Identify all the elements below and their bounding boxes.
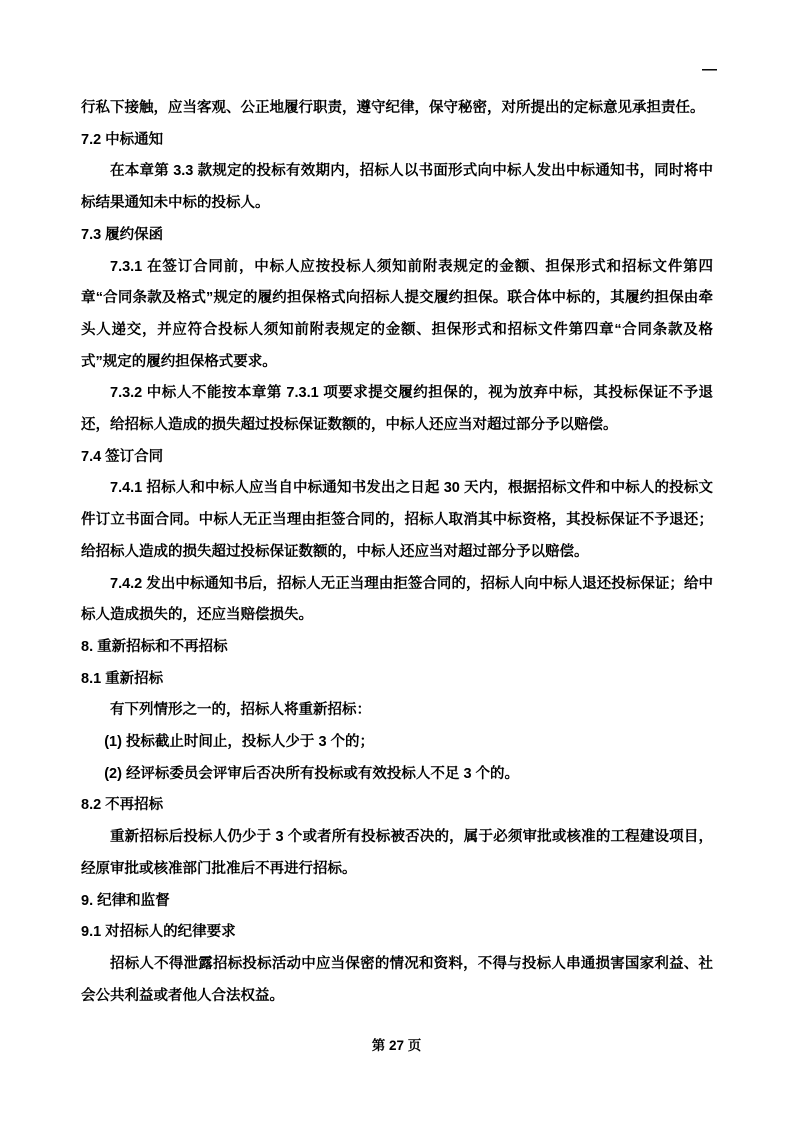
body-line-continuation: 行私下接触，应当客观、公正地履行职责，遵守纪律，保守秘密，对所提出的定标意见承担… bbox=[81, 93, 713, 125]
document-page: — 行私下接触，应当客观、公正地履行职责，遵守纪律，保守秘密，对所提出的定标意见… bbox=[0, 0, 793, 1121]
page-number: 第 27 页 bbox=[0, 1035, 793, 1057]
para-7-3-2: 7.3.2 中标人不能按本章第 7.3.1 项要求提交履约担保的，视为放弃中标，… bbox=[81, 378, 713, 441]
para-8-2-body: 重新招标后投标人仍少于 3 个或者所有投标被否决的，属于必须审批或核准的工程建设… bbox=[81, 822, 713, 885]
document-body: 行私下接触，应当客观、公正地履行职责，遵守纪律，保守秘密，对所提出的定标意见承担… bbox=[81, 93, 713, 1012]
list-item-1: (1) 投标截止时间止，投标人少于 3 个的； bbox=[81, 727, 713, 759]
para-8-1-intro: 有下列情形之一的，招标人将重新招标： bbox=[81, 695, 713, 727]
corner-dash-mark: — bbox=[702, 60, 717, 80]
para-7-3-1: 7.3.1 在签订合同前，中标人应按投标人须知前附表规定的金额、担保形式和招标文… bbox=[81, 252, 713, 379]
heading-9: 9. 纪律和监督 bbox=[81, 886, 713, 918]
para-7-4-2: 7.4.2 发出中标通知书后，招标人无正当理由拒签合同的，招标人向中标人退还投标… bbox=[81, 569, 713, 632]
heading-8-2: 8.2 不再招标 bbox=[81, 790, 713, 822]
para-7-2-body: 在本章第 3.3 款规定的投标有效期内，招标人以书面形式向中标人发出中标通知书，… bbox=[81, 156, 713, 219]
heading-7-2: 7.2 中标通知 bbox=[81, 125, 713, 157]
heading-8-1: 8.1 重新招标 bbox=[81, 664, 713, 696]
list-item-2: (2) 经评标委员会评审后否决所有投标或有效投标人不足 3 个的。 bbox=[81, 759, 713, 791]
para-9-1-body: 招标人不得泄露招标投标活动中应当保密的情况和资料，不得与投标人串通损害国家利益、… bbox=[81, 949, 713, 1012]
heading-8: 8. 重新招标和不再招标 bbox=[81, 632, 713, 664]
heading-7-3: 7.3 履约保函 bbox=[81, 220, 713, 252]
heading-9-1: 9.1 对招标人的纪律要求 bbox=[81, 917, 713, 949]
para-7-4-1: 7.4.1 招标人和中标人应当自中标通知书发出之日起 30 天内，根据招标文件和… bbox=[81, 473, 713, 568]
heading-7-4: 7.4 签订合同 bbox=[81, 442, 713, 474]
